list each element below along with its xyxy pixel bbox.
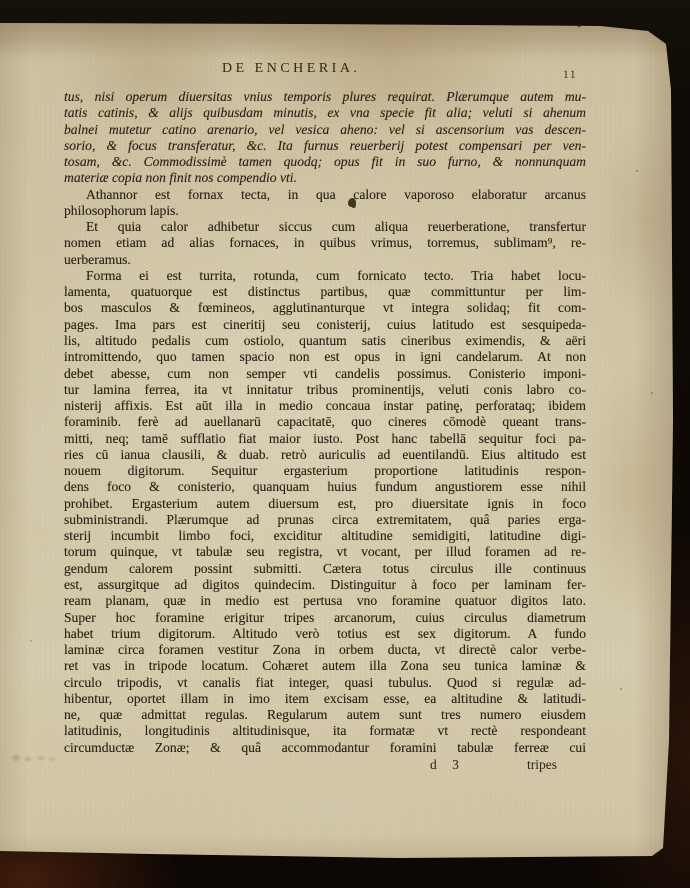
text-line: mitti, neq; tamē sufflatio fiat maior iu…: [64, 431, 586, 447]
running-title: DE ENCHERIA.: [222, 61, 360, 77]
footer-row: d 3 tripes: [64, 757, 586, 775]
text-line: uerberamus.: [64, 252, 586, 268]
text-line: foraminib. ferè ad auellanarū capacitatē…: [64, 414, 586, 430]
text-line: pages. Ima pars est cineritij seu conist…: [64, 317, 586, 333]
text-line: tatis catinis, & alijs quibusdam minutis…: [64, 105, 586, 121]
text-line: circumductæ Zonæ; & quâ accommodantur fo…: [64, 740, 586, 756]
text-line: nisterij affixis. Est aūt illa in medio …: [64, 398, 586, 414]
text-line: ret vas in tripode locatum. Cohæret aute…: [64, 658, 586, 674]
signature-mark: d 3: [430, 757, 465, 773]
text-line: ries cū ianua clausili, & duab. retrò au…: [64, 447, 586, 463]
photo-background: DE ENCHERIA. 11 tus, nisi operum diuersi…: [0, 0, 690, 888]
text-line: Super hoc foramine erigitur tripes arcan…: [64, 610, 586, 626]
text-line: balnei mutetur catino arenario, vel vesi…: [64, 122, 586, 138]
text-line: prohibet. Ergasterium autem diuersum est…: [64, 496, 586, 512]
text-line: tus, nisi operum diuersitas vnius tempor…: [64, 89, 586, 105]
stain-right-upper: [595, 120, 690, 320]
stain-bottom: [120, 770, 540, 860]
text-line: lis, altitudo pedalis cum ostiolo, quant…: [64, 333, 586, 349]
text-line: philosophorum lapis.: [64, 203, 586, 219]
text-line: Et quia calor adhibetur siccus cum aliqu…: [64, 219, 586, 235]
text-line: tur lamina ferrea, ita vt innitatur trib…: [64, 382, 586, 398]
text-line: sorio, & focus transferatur, &c. Ita fur…: [64, 138, 586, 154]
catchword: tripes: [527, 757, 557, 773]
show-through-mark: [8, 750, 56, 766]
text-line: tosam, &c. Commodissimè tamen quodq; opu…: [64, 154, 586, 170]
text-line: sterij incumbit limbo foci, exciditur al…: [64, 528, 586, 544]
paper-specks: [0, 0, 2, 2]
text-line: materiæ copia non finit nos compendio vt…: [64, 170, 586, 186]
text-line: Athannor est fornax tecta, in qua calore…: [64, 187, 586, 203]
text-line: nouem digitorum. Sequitur ergasterium pr…: [64, 463, 586, 479]
stain-right-middle: [585, 360, 690, 620]
text-line: debet abesse, cum non semper vti candeli…: [64, 366, 586, 382]
text-line: subministrandi. Plærumque ad prunas circ…: [64, 512, 586, 528]
text-line: lamenta, quatuorque est distinctus parti…: [64, 284, 586, 300]
text-line: Forma ei est turrita, rotunda, cum forni…: [64, 268, 586, 284]
text-line: laminæ circa foramen vestitur Zona in or…: [64, 642, 586, 658]
page-number: 11: [563, 69, 577, 81]
text-line: latitudinis, longitudinis altitudinisque…: [64, 723, 586, 739]
text-line: gendum calorem possint submitti. Cætera …: [64, 561, 586, 577]
text-line: torum quinque, vt tabulæ seu registra, v…: [64, 544, 586, 560]
book-page: DE ENCHERIA. 11 tus, nisi operum diuersi…: [0, 0, 690, 888]
text-line: ne, quæ admittat regulas. Regularum aute…: [64, 707, 586, 723]
text-line: hibentur, oportet illam in imo item exci…: [64, 691, 586, 707]
text-line: nomen etiam ad alias fornaces, in quibus…: [64, 235, 586, 251]
text-line: circulo tripodis, vt canalis fiat intege…: [64, 675, 586, 691]
text-line: intromittendo, quo tamen spacio non est …: [64, 349, 586, 365]
text-line: est, assurgitque ad digitos quindecim. D…: [64, 577, 586, 593]
text-block: tus, nisi operum diuersitas vnius tempor…: [64, 89, 586, 756]
text-line: ream planam, quæ in medio est pertusa vn…: [64, 593, 586, 609]
text-line: habet trium digitorum. Altitudo verò tot…: [64, 626, 586, 642]
text-line: dens foco & conisterio, quanquam huius f…: [64, 479, 586, 495]
text-line: bos masculos & fœmineos, agglutinanturqu…: [64, 300, 586, 316]
